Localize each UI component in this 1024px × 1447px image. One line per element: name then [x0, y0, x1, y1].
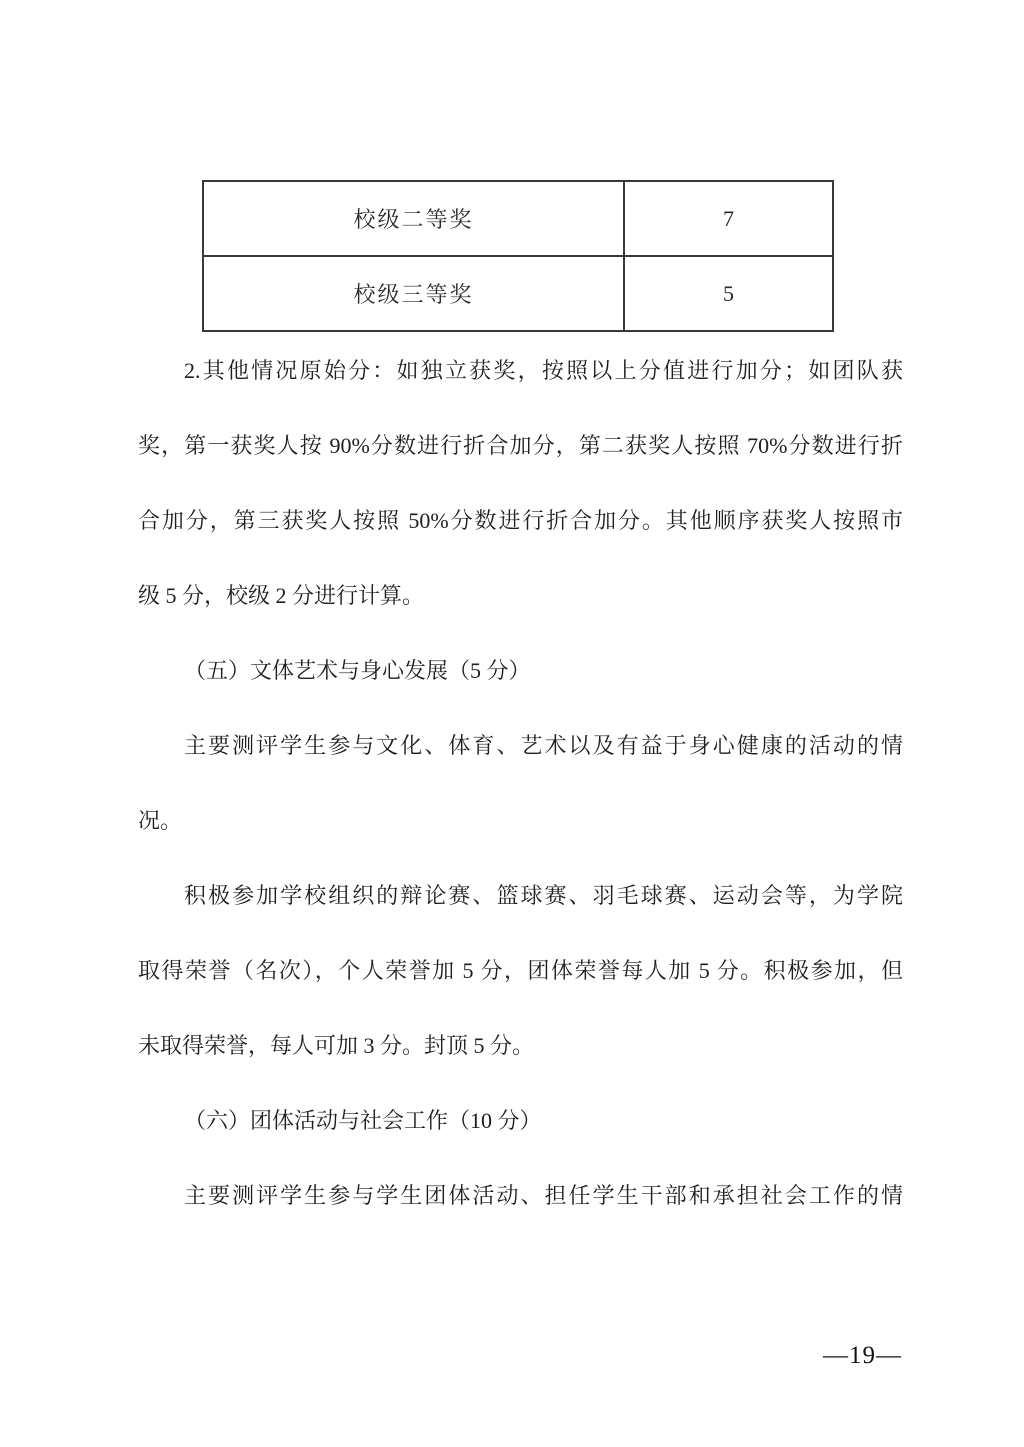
text-line: 合加分，第三获奖人按照 50%分数进行折合加分。其他顺序获奖人按照市	[138, 483, 903, 558]
text-line: （五）文体艺术与身心发展（5 分）	[138, 633, 903, 708]
document-body-text: 2.其他情况原始分：如独立获奖，按照以上分值进行加分；如团队获奖，第一获奖人按 …	[138, 333, 903, 1233]
award-score-table: 校级二等奖7校级三等奖5	[202, 180, 834, 332]
paragraph: 主要测评学生参与文化、体育、艺术以及有益于身心健康的活动的情况。	[138, 708, 903, 858]
page-number: —19—	[823, 1340, 902, 1372]
award-name-cell: 校级三等奖	[203, 256, 624, 331]
text-line: （六）团体活动与社会工作（10 分）	[138, 1083, 903, 1158]
text-line: 主要测评学生参与文化、体育、艺术以及有益于身心健康的活动的情	[138, 708, 903, 783]
text-line: 主要测评学生参与学生团体活动、担任学生干部和承担社会工作的情	[138, 1158, 903, 1233]
paragraph: 主要测评学生参与学生团体活动、担任学生干部和承担社会工作的情	[138, 1158, 903, 1233]
award-score-cell: 7	[624, 181, 833, 256]
award-name-cell: 校级二等奖	[203, 181, 624, 256]
document-page: 校级二等奖7校级三等奖5 2.其他情况原始分：如独立获奖，按照以上分值进行加分；…	[0, 0, 1024, 1447]
text-line: 况。	[138, 783, 903, 858]
text-line: 未取得荣誉，每人可加 3 分。封顶 5 分。	[138, 1008, 903, 1083]
text-line: 2.其他情况原始分：如独立获奖，按照以上分值进行加分；如团队获	[138, 333, 903, 408]
paragraph: 2.其他情况原始分：如独立获奖，按照以上分值进行加分；如团队获奖，第一获奖人按 …	[138, 333, 903, 633]
text-line: 积极参加学校组织的辩论赛、篮球赛、羽毛球赛、运动会等，为学院	[138, 858, 903, 933]
paragraph: （五）文体艺术与身心发展（5 分）	[138, 633, 903, 708]
text-line: 取得荣誉（名次），个人荣誉加 5 分，团体荣誉每人加 5 分。积极参加，但	[138, 933, 903, 1008]
paragraph: 积极参加学校组织的辩论赛、篮球赛、羽毛球赛、运动会等，为学院取得荣誉（名次），个…	[138, 858, 903, 1083]
text-line: 奖，第一获奖人按 90%分数进行折合加分，第二获奖人按照 70%分数进行折	[138, 408, 903, 483]
table-row: 校级二等奖7	[203, 181, 833, 256]
paragraph: （六）团体活动与社会工作（10 分）	[138, 1083, 903, 1158]
award-score-cell: 5	[624, 256, 833, 331]
text-line: 级 5 分，校级 2 分进行计算。	[138, 558, 903, 633]
table-row: 校级三等奖5	[203, 256, 833, 331]
